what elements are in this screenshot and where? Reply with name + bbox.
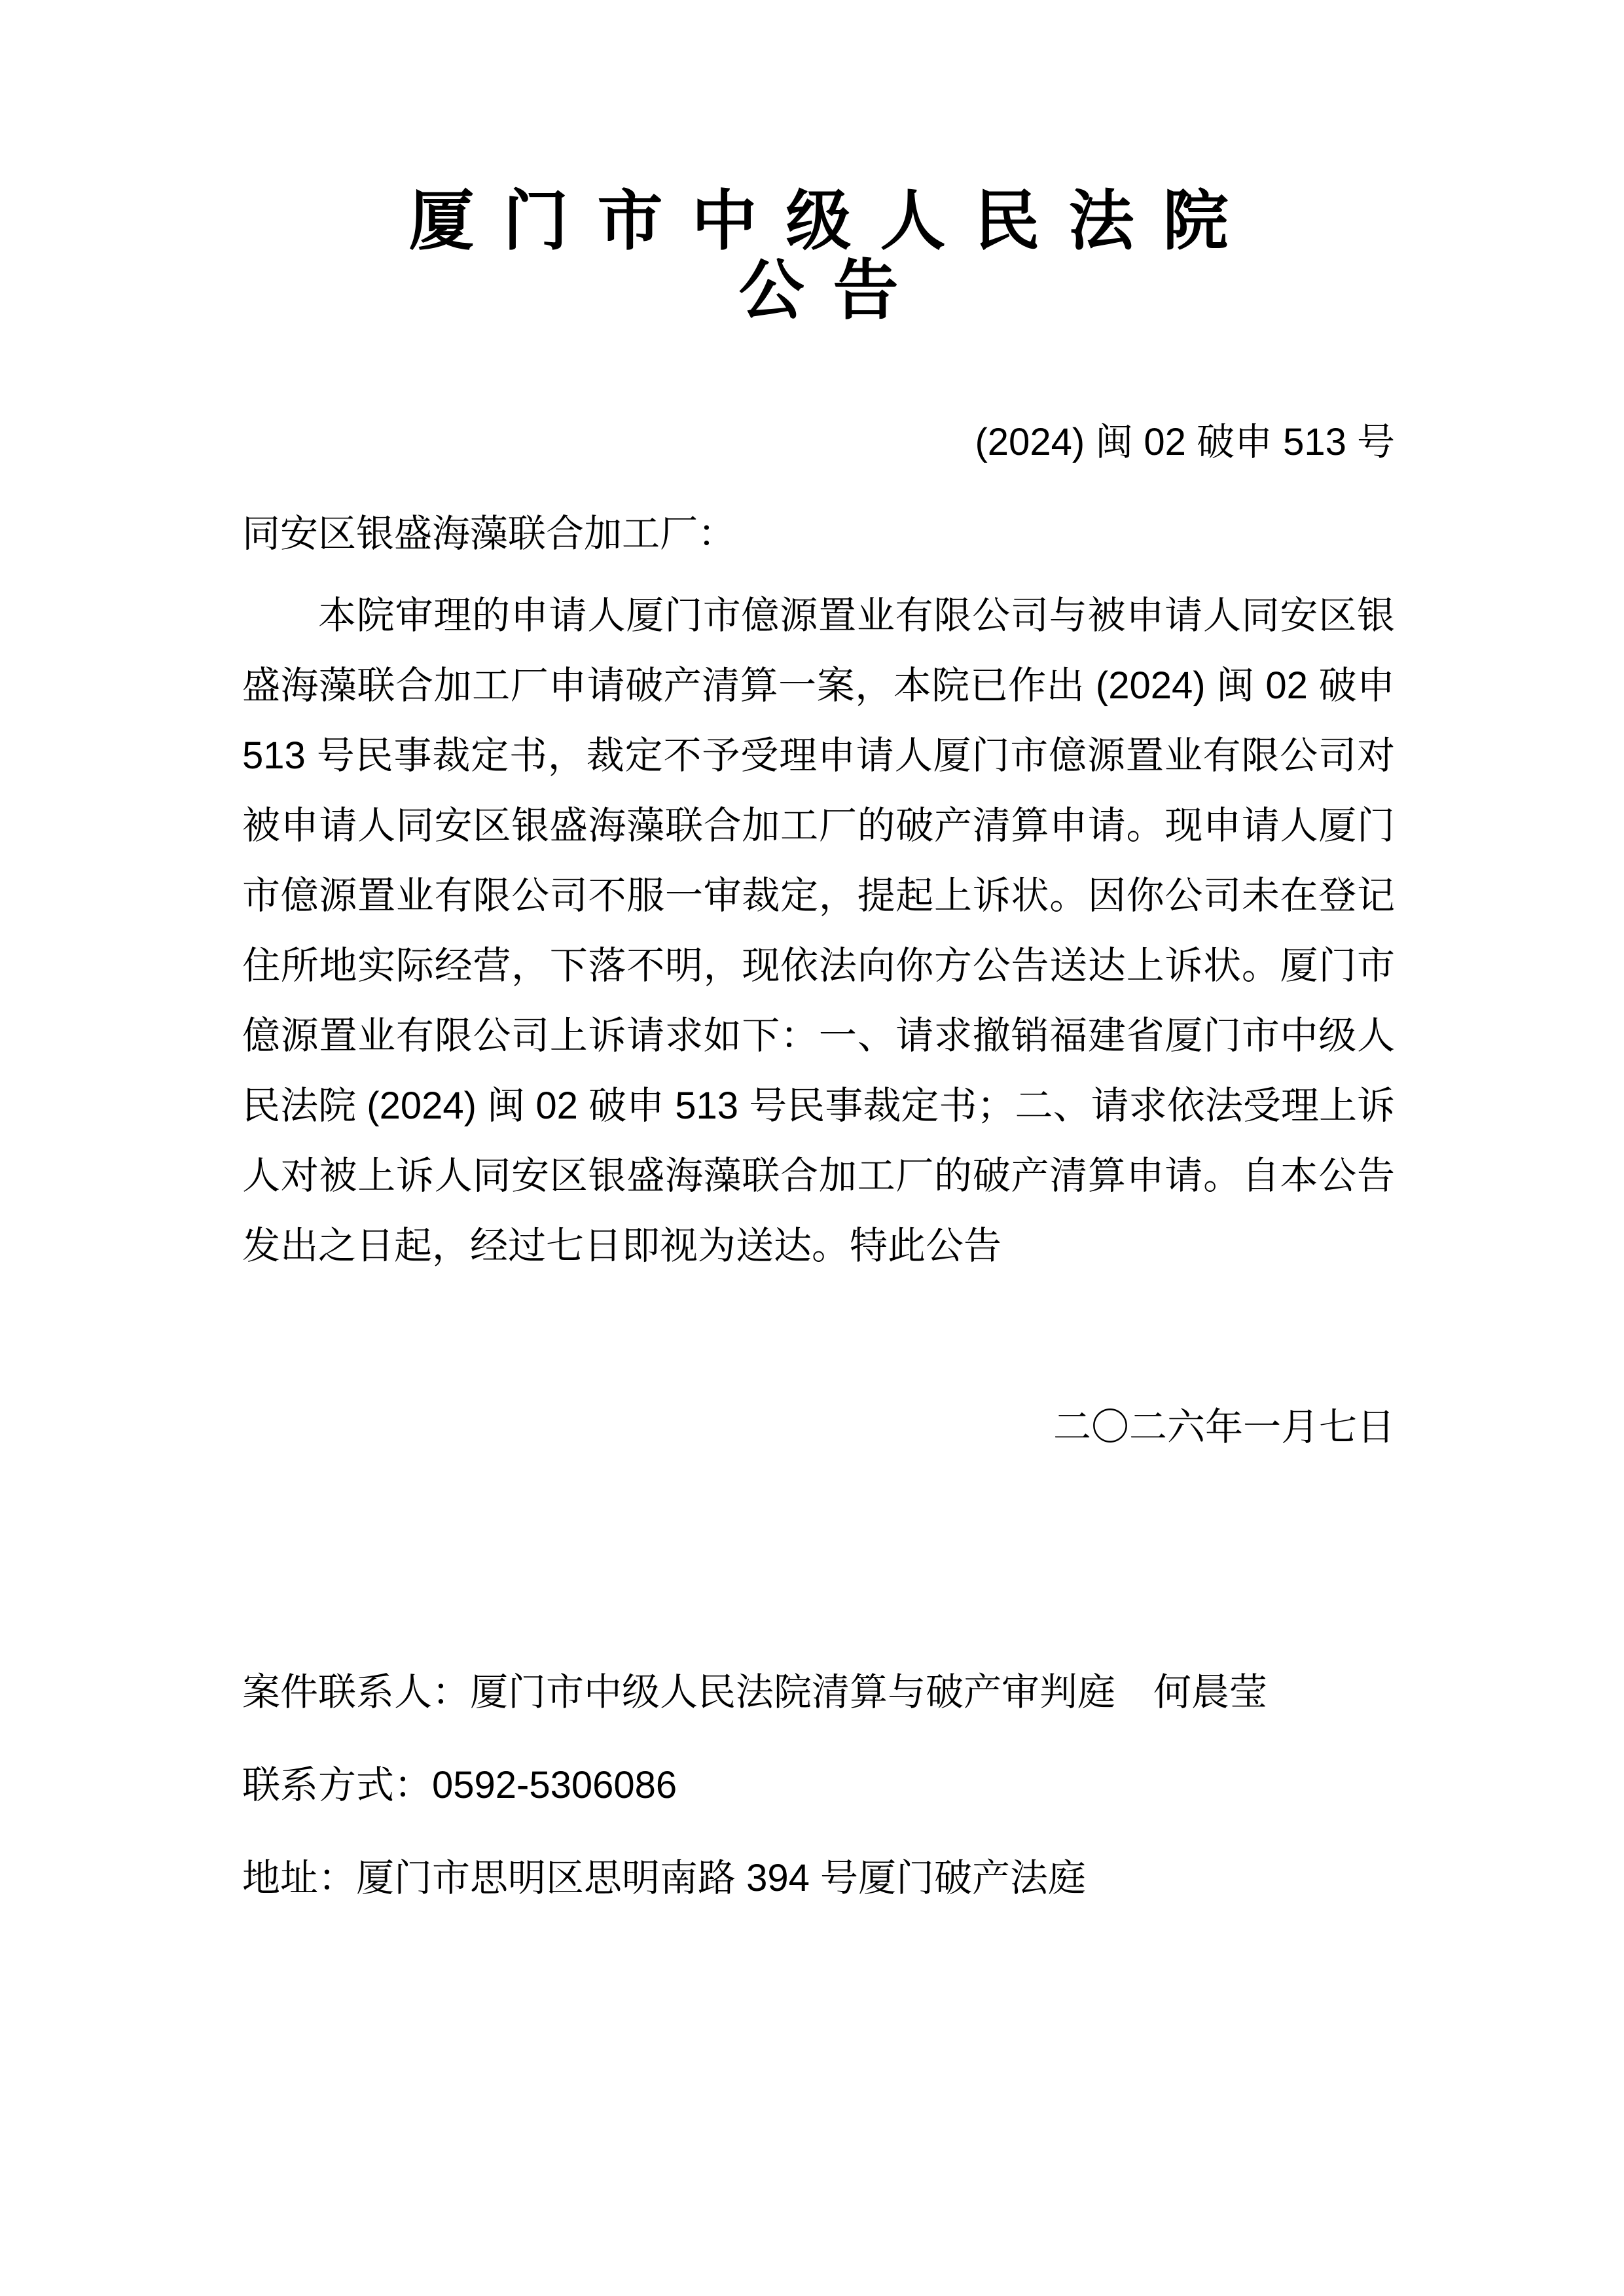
document-page: 厦门市中级人民法院 公告 (2024) 闽 02 破申 513 号 同安区银盛海… (0, 0, 1624, 2296)
contact-person-line: 案件联系人：厦门市中级人民法院清算与破产审判庭 何晨莹 (242, 1657, 1395, 1727)
case-number: (2024) 闽 02 破申 513 号 (242, 407, 1395, 477)
court-name-title: 厦门市中级人民法院 (242, 187, 1395, 256)
issue-date: 二〇二六年一月七日 (242, 1392, 1395, 1462)
contact-phone-line: 联系方式：0592-5306086 (242, 1750, 1395, 1820)
announcement-title: 公告 (242, 256, 1395, 325)
contact-address-line: 地址：厦门市思明区思明南路 394 号厦门破产法庭 (242, 1843, 1395, 1913)
addressee-line: 同安区银盛海藻联合加工厂： (242, 499, 1395, 569)
announcement-body: 本院审理的申请人厦门市億源置业有限公司与被申请人同安区银盛海藻联合加工厂申请破产… (242, 581, 1395, 1281)
contact-block: 案件联系人：厦门市中级人民法院清算与破产审判庭 何晨莹 联系方式：0592-53… (242, 1657, 1395, 1913)
